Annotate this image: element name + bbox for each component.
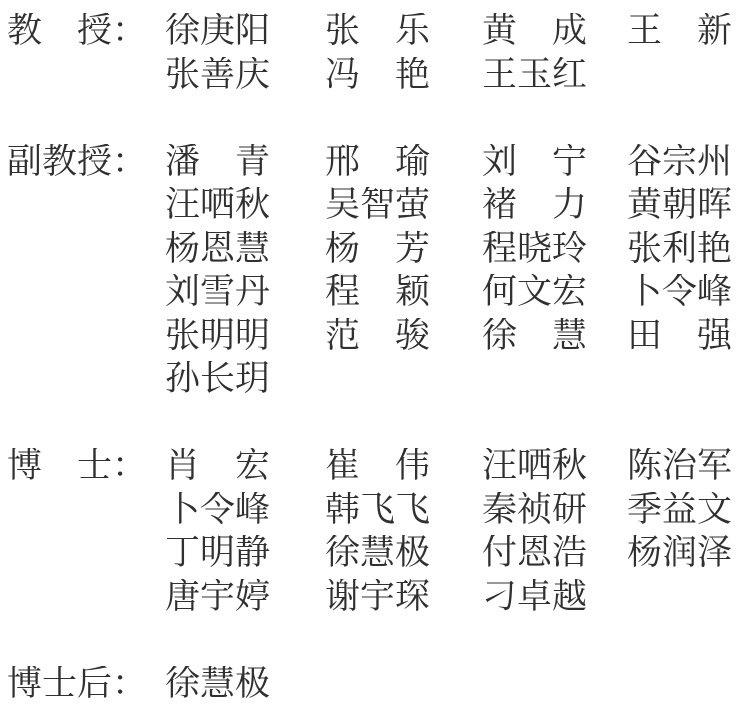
section-label-professor: 教 授： [7, 13, 165, 48]
person-name: 唐宇婷 [165, 579, 325, 614]
person-name: 田 强 [627, 318, 736, 353]
person-name: 张明明 [165, 318, 325, 353]
roster-row: 丁明静 徐慧极 付恩浩 杨润泽 [7, 531, 736, 575]
roster-row: 博士后： 徐慧极 [7, 662, 736, 704]
section-postdoc: 博士后： 徐慧极 [7, 662, 736, 704]
roster-row: 唐宇婷 谢宇琛 刁卓越 [7, 575, 736, 619]
person-name: 卜令峰 [165, 492, 325, 527]
person-name: 肖 宏 [165, 448, 325, 483]
person-name: 秦祯研 [482, 492, 627, 527]
person-name: 冯 艳 [325, 57, 482, 92]
person-name: 孙长玥 [165, 361, 325, 396]
person-name: 谷宗州 [627, 144, 736, 179]
person-name: 徐 慧 [482, 318, 627, 353]
person-name: 张利艳 [627, 231, 736, 266]
person-name: 褚 力 [482, 187, 627, 222]
roster-row: 博 士： 肖 宏 崔 伟 汪哂秋 陈治军 [7, 444, 736, 488]
person-name: 付恩浩 [482, 535, 627, 570]
person-name: 黄朝晖 [627, 187, 736, 222]
person-name: 吴智萤 [325, 187, 482, 222]
person-name: 韩飞飞 [325, 492, 482, 527]
roster-row: 孙长玥 [7, 357, 736, 401]
section-label-doctor: 博 士： [7, 448, 165, 483]
person-name: 丁明静 [165, 535, 325, 570]
person-name: 汪哂秋 [165, 187, 325, 222]
roster-row: 杨恩慧 杨 芳 程晓玲 张利艳 [7, 227, 736, 271]
person-name: 杨润泽 [627, 535, 736, 570]
person-name: 谢宇琛 [325, 579, 482, 614]
person-name: 季益文 [627, 492, 736, 527]
person-name: 刁卓越 [482, 579, 627, 614]
person-name: 刘雪丹 [165, 274, 325, 309]
person-name: 杨恩慧 [165, 231, 325, 266]
person-name: 崔 伟 [325, 448, 482, 483]
person-name: 刘 宁 [482, 144, 627, 179]
person-name: 汪哂秋 [482, 448, 627, 483]
person-name: 张善庆 [165, 57, 325, 92]
roster-row: 汪哂秋 吴智萤 褚 力 黄朝晖 [7, 183, 736, 227]
section-associate-professor: 副教授： 潘 青 邢 瑜 刘 宁 谷宗州 汪哂秋 吴智萤 褚 力 黄朝晖 杨恩慧… [7, 140, 736, 401]
roster-row: 卜令峰 韩飞飞 秦祯研 季益文 [7, 488, 736, 532]
person-name: 杨 芳 [325, 231, 482, 266]
section-label-postdoc: 博士后： [7, 666, 165, 701]
person-name: 张 乐 [325, 13, 482, 48]
person-name: 王 新 [627, 13, 736, 48]
roster-row: 张明明 范 骏 徐 慧 田 强 [7, 314, 736, 358]
faculty-roster: 教 授： 徐庚阳 张 乐 黄 成 王 新 张善庆 冯 艳 王玉红 副教授： 潘 … [0, 0, 736, 704]
person-name: 程 颖 [325, 274, 482, 309]
section-label-associate-professor: 副教授： [7, 144, 165, 179]
roster-row: 教 授： 徐庚阳 张 乐 黄 成 王 新 [7, 9, 736, 53]
person-name: 黄 成 [482, 13, 627, 48]
person-name: 邢 瑜 [325, 144, 482, 179]
person-name: 程晓玲 [482, 231, 627, 266]
person-name: 何文宏 [482, 274, 627, 309]
person-name: 潘 青 [165, 144, 325, 179]
roster-row: 刘雪丹 程 颖 何文宏 卜令峰 [7, 270, 736, 314]
person-name: 卜令峰 [627, 274, 736, 309]
person-name: 范 骏 [325, 318, 482, 353]
roster-row: 张善庆 冯 艳 王玉红 [7, 53, 736, 97]
section-professor: 教 授： 徐庚阳 张 乐 黄 成 王 新 张善庆 冯 艳 王玉红 [7, 9, 736, 96]
roster-row: 副教授： 潘 青 邢 瑜 刘 宁 谷宗州 [7, 140, 736, 184]
person-name: 徐庚阳 [165, 13, 325, 48]
section-doctor: 博 士： 肖 宏 崔 伟 汪哂秋 陈治军 卜令峰 韩飞飞 秦祯研 季益文 丁明静… [7, 444, 736, 618]
person-name: 王玉红 [482, 57, 627, 92]
person-name: 陈治军 [627, 448, 736, 483]
person-name: 徐慧极 [165, 666, 325, 701]
person-name: 徐慧极 [325, 535, 482, 570]
